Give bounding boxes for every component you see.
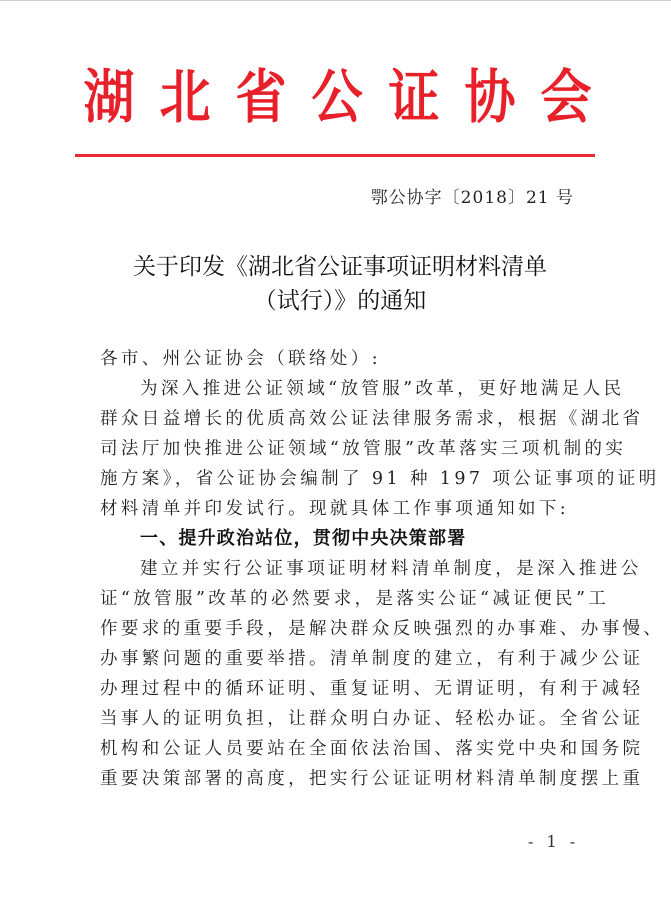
masthead-title: 湖 北 省 公 证 协 会 bbox=[80, 62, 595, 132]
page-number: - 1 - bbox=[528, 832, 579, 851]
paragraph-line: 材料清单并印发试行。现就具体工作事项通知如下: bbox=[100, 494, 570, 524]
paragraph-line: 施方案》，省公证协会编制了 91 种 197 项公证事项的证明 bbox=[100, 464, 570, 494]
paragraph-line: 办事繁问题的重要举措。清单制度的建立，有利于减少公证 bbox=[100, 644, 570, 674]
paragraph-line: 办理过程中的循环证明、重复证明、无谓证明，有利于减轻 bbox=[100, 674, 570, 704]
masthead-char: 会 bbox=[540, 62, 591, 132]
masthead-char: 证 bbox=[388, 62, 439, 132]
paragraph-line: 建立并实行公证事项证明材料清单制度，是深入推进公 bbox=[100, 554, 570, 584]
paragraph-line: 当事人的证明负担，让群众明白办证、轻松办证。全省公证 bbox=[100, 704, 570, 734]
masthead-char: 省 bbox=[236, 62, 287, 132]
page-top-border bbox=[0, 0, 671, 1]
paragraph-line: 为深入推进公证领域“放管服”改革，更好地满足人民 bbox=[100, 374, 570, 404]
paragraph-line: 作要求的重要手段，是解决群众反映强烈的办事难、办事慢、 bbox=[100, 614, 570, 644]
document-number: 鄂公协字〔2018〕21 号 bbox=[371, 186, 574, 210]
masthead-red-rule bbox=[75, 154, 595, 157]
masthead-char: 协 bbox=[464, 62, 515, 132]
paragraph-line: 重要决策部署的高度，把实行公证证明材料清单制度摆上重 bbox=[100, 764, 570, 794]
masthead-char: 公 bbox=[312, 62, 363, 132]
paragraph-line: 机构和公证人员要站在全面依法治国、落实党中央和国务院 bbox=[100, 734, 570, 764]
document-title-line-1: 关于印发《湖北省公证事项证明材料清单 bbox=[80, 250, 600, 284]
masthead-char: 北 bbox=[160, 62, 211, 132]
document-body: 各市、州公证协会（联络处）: 为深入推进公证领域“放管服”改革，更好地满足人民 … bbox=[100, 344, 570, 794]
paragraph-line: 群众日益增长的优质高效公证法律服务需求，根据《湖北省 bbox=[100, 404, 570, 434]
paragraph-line: 证“放管服”改革的必然要求，是落实公证“减证便民”工 bbox=[100, 584, 570, 614]
section-heading-1: 一、提升政治站位，贯彻中央决策部署 bbox=[100, 524, 570, 554]
document-title: 关于印发《湖北省公证事项证明材料清单 （试行）》的通知 bbox=[80, 250, 600, 318]
salutation: 各市、州公证协会（联络处）: bbox=[100, 344, 570, 374]
paragraph-line: 司法厅加快推进公证领域“放管服”改革落实三项机制的实 bbox=[100, 434, 570, 464]
document-title-line-2: （试行）》的通知 bbox=[80, 284, 600, 318]
masthead-char: 湖 bbox=[83, 62, 134, 132]
